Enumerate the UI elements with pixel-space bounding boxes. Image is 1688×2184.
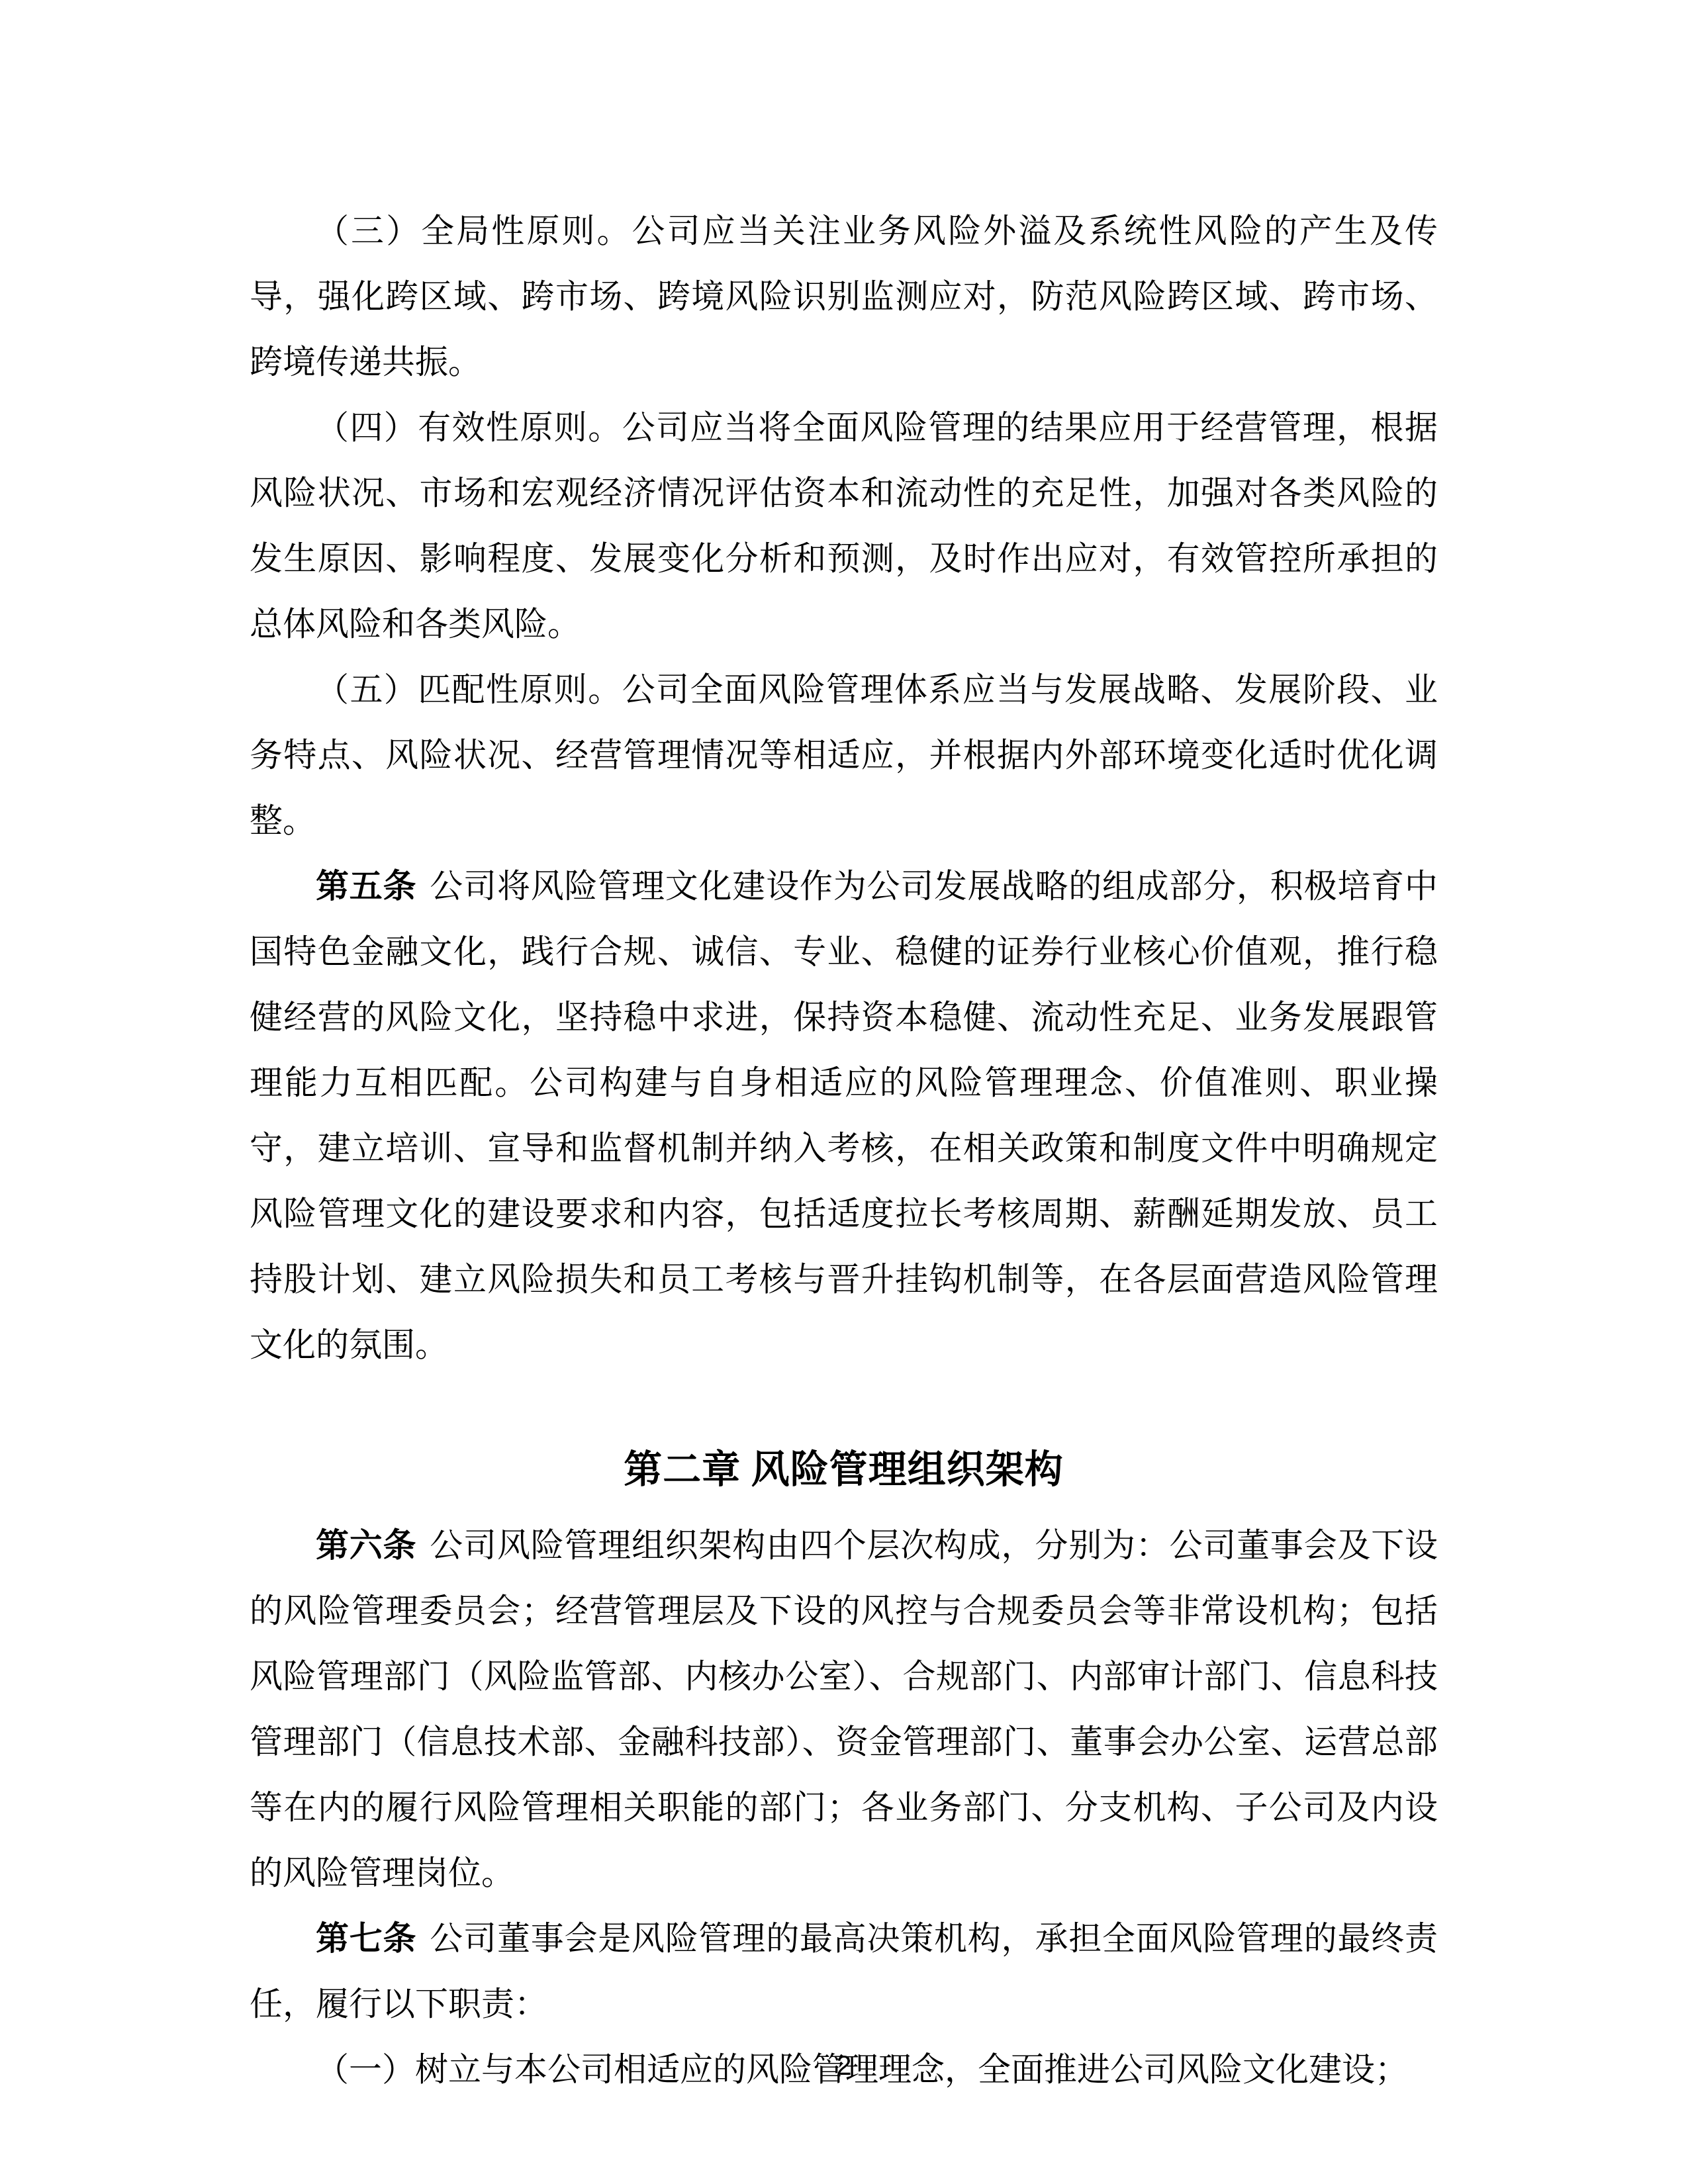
article-number-label: 第七条: [316, 1920, 416, 1957]
chapter-2-heading: 第二章 风险管理组织架构: [250, 1437, 1438, 1502]
paragraph-text: 公司将风险管理文化建设作为公司发展战略的组成部分，积极培育中国特色金融文化，践行…: [250, 868, 1438, 1363]
paragraph-article-5: 第五条公司将风险管理文化建设作为公司发展战略的组成部分，积极培育中国特色金融文化…: [250, 854, 1438, 1378]
paragraph-article-6: 第六条公司风险管理组织架构由四个层次构成，分别为：公司董事会及下设的风险管理委员…: [250, 1513, 1438, 1906]
paragraph-text: 公司董事会是风险管理的最高决策机构，承担全面风险管理的最终责任，履行以下职责：: [250, 1920, 1438, 2023]
paragraph-article-7: 第七条公司董事会是风险管理的最高决策机构，承担全面风险管理的最终责任，履行以下职…: [250, 1906, 1438, 2037]
article-number-label: 第六条: [316, 1527, 416, 1564]
article-number-label: 第五条: [316, 868, 416, 905]
paragraph-principle-5: （五）匹配性原则。公司全面风险管理体系应当与发展战略、发展阶段、业务特点、风险状…: [250, 657, 1438, 854]
paragraph-principle-3: （三）全局性原则。公司应当关注业务风险外溢及系统性风险的产生及传导，强化跨区域、…: [250, 199, 1438, 395]
paragraph-text: （五）匹配性原则。公司全面风险管理体系应当与发展战略、发展阶段、业务特点、风险状…: [250, 671, 1438, 839]
paragraph-text: （三）全局性原则。公司应当关注业务风险外溢及系统性风险的产生及传导，强化跨区域、…: [250, 212, 1438, 381]
paragraph-text: 公司风险管理组织架构由四个层次构成，分别为：公司董事会及下设的风险管理委员会；经…: [250, 1527, 1438, 1891]
paragraph-text: （四）有效性原则。公司应当将全面风险管理的结果应用于经营管理，根据风险状况、市场…: [250, 409, 1438, 643]
paragraph-principle-4: （四）有效性原则。公司应当将全面风险管理的结果应用于经营管理，根据风险状况、市场…: [250, 395, 1438, 657]
document-body: （三）全局性原则。公司应当关注业务风险外溢及系统性风险的产生及传导，强化跨区域、…: [250, 199, 1438, 2103]
document-page: （三）全局性原则。公司应当关注业务风险外溢及系统性风险的产生及传导，强化跨区域、…: [0, 0, 1688, 2184]
page-number: 2: [0, 2049, 1688, 2082]
